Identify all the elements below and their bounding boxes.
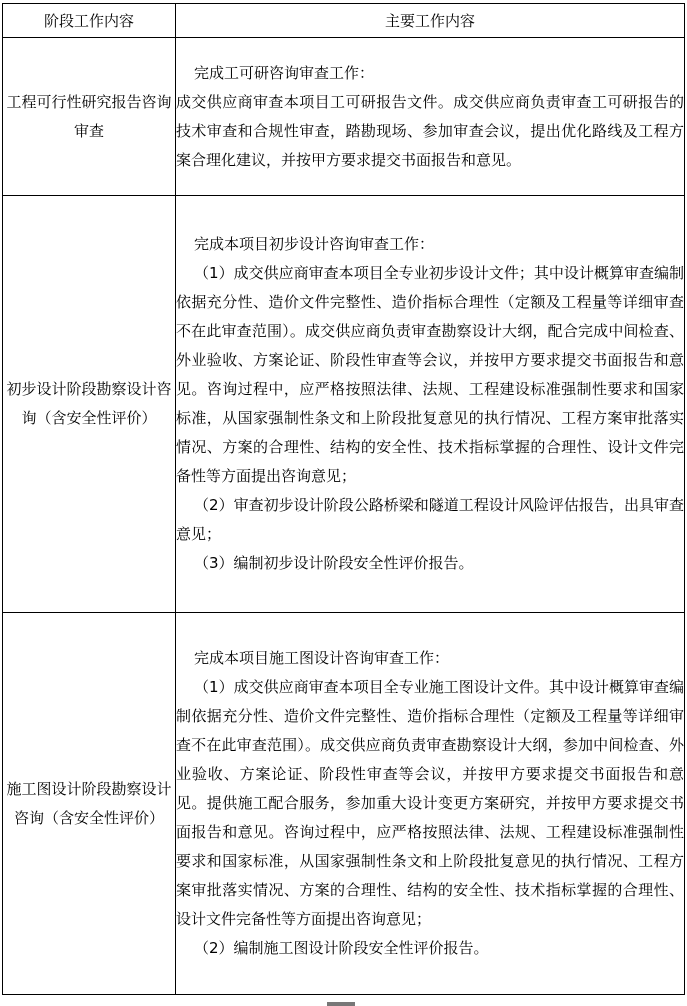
content-cell: 完成本项目施工图设计咨询审查工作： （1）成交供应商审查本项目全专业施工图设计文… <box>176 613 685 995</box>
content-paragraph: （2）审查初步设计阶段公路桥梁和隧道工程设计风险评估报告，出具审查意见； <box>176 491 684 549</box>
page-break-marker <box>327 1002 355 1006</box>
content-paragraph: 完成工可研咨询审查工作： <box>176 59 684 88</box>
table-row: 初步设计阶段勘察设计咨询（含安全性评价） 完成本项目初步设计咨询审查工作： （1… <box>3 196 685 613</box>
content-paragraph: （3）编制初步设计阶段安全性评价报告。 <box>176 549 684 578</box>
header-stage: 阶段工作内容 <box>3 4 176 38</box>
table-row: 工程可行性研究报告咨询审查 完成工可研咨询审查工作： 成交供应商审查本项目工可研… <box>3 38 685 196</box>
content-paragraph: 成交供应商审查本项目工可研报告文件。成交供应商负责审查工可研报告的技术审查和合规… <box>176 88 684 175</box>
header-content: 主要工作内容 <box>176 4 685 38</box>
content-paragraph: （2）编制施工图设计阶段安全性评价报告。 <box>176 934 684 963</box>
stage-cell: 施工图设计阶段勘察设计咨询（含安全性评价） <box>3 613 176 995</box>
table-row: 施工图设计阶段勘察设计咨询（含安全性评价） 完成本项目施工图设计咨询审查工作： … <box>3 613 685 995</box>
content-paragraph: （1）成交供应商审查本项目全专业施工图设计文件。其中设计概算审查编制依据充分性、… <box>176 673 684 934</box>
stage-cell: 工程可行性研究报告咨询审查 <box>3 38 176 196</box>
content-cell: 完成本项目初步设计咨询审查工作： （1）成交供应商审查本项目全专业初步设计文件；… <box>176 196 685 613</box>
content-paragraph: 完成本项目施工图设计咨询审查工作： <box>176 644 684 673</box>
stage-label: 初步设计阶段勘察设计咨询（含安全性评价） <box>6 380 171 427</box>
content-cell: 完成工可研咨询审查工作： 成交供应商审查本项目工可研报告文件。成交供应商负责审查… <box>176 38 685 196</box>
stage-label: 施工图设计阶段勘察设计咨询（含安全性评价） <box>6 780 171 827</box>
work-content-table: 阶段工作内容 主要工作内容 工程可行性研究报告咨询审查 完成工可研咨询审查工作：… <box>2 3 685 995</box>
content-paragraph: 完成本项目初步设计咨询审查工作： <box>176 230 684 259</box>
stage-label: 工程可行性研究报告咨询审查 <box>6 93 171 140</box>
content-paragraph: （1）成交供应商审查本项目全专业初步设计文件；其中设计概算审查编制依据充分性、造… <box>176 259 684 491</box>
header-row: 阶段工作内容 主要工作内容 <box>3 4 685 38</box>
stage-cell: 初步设计阶段勘察设计咨询（含安全性评价） <box>3 196 176 613</box>
